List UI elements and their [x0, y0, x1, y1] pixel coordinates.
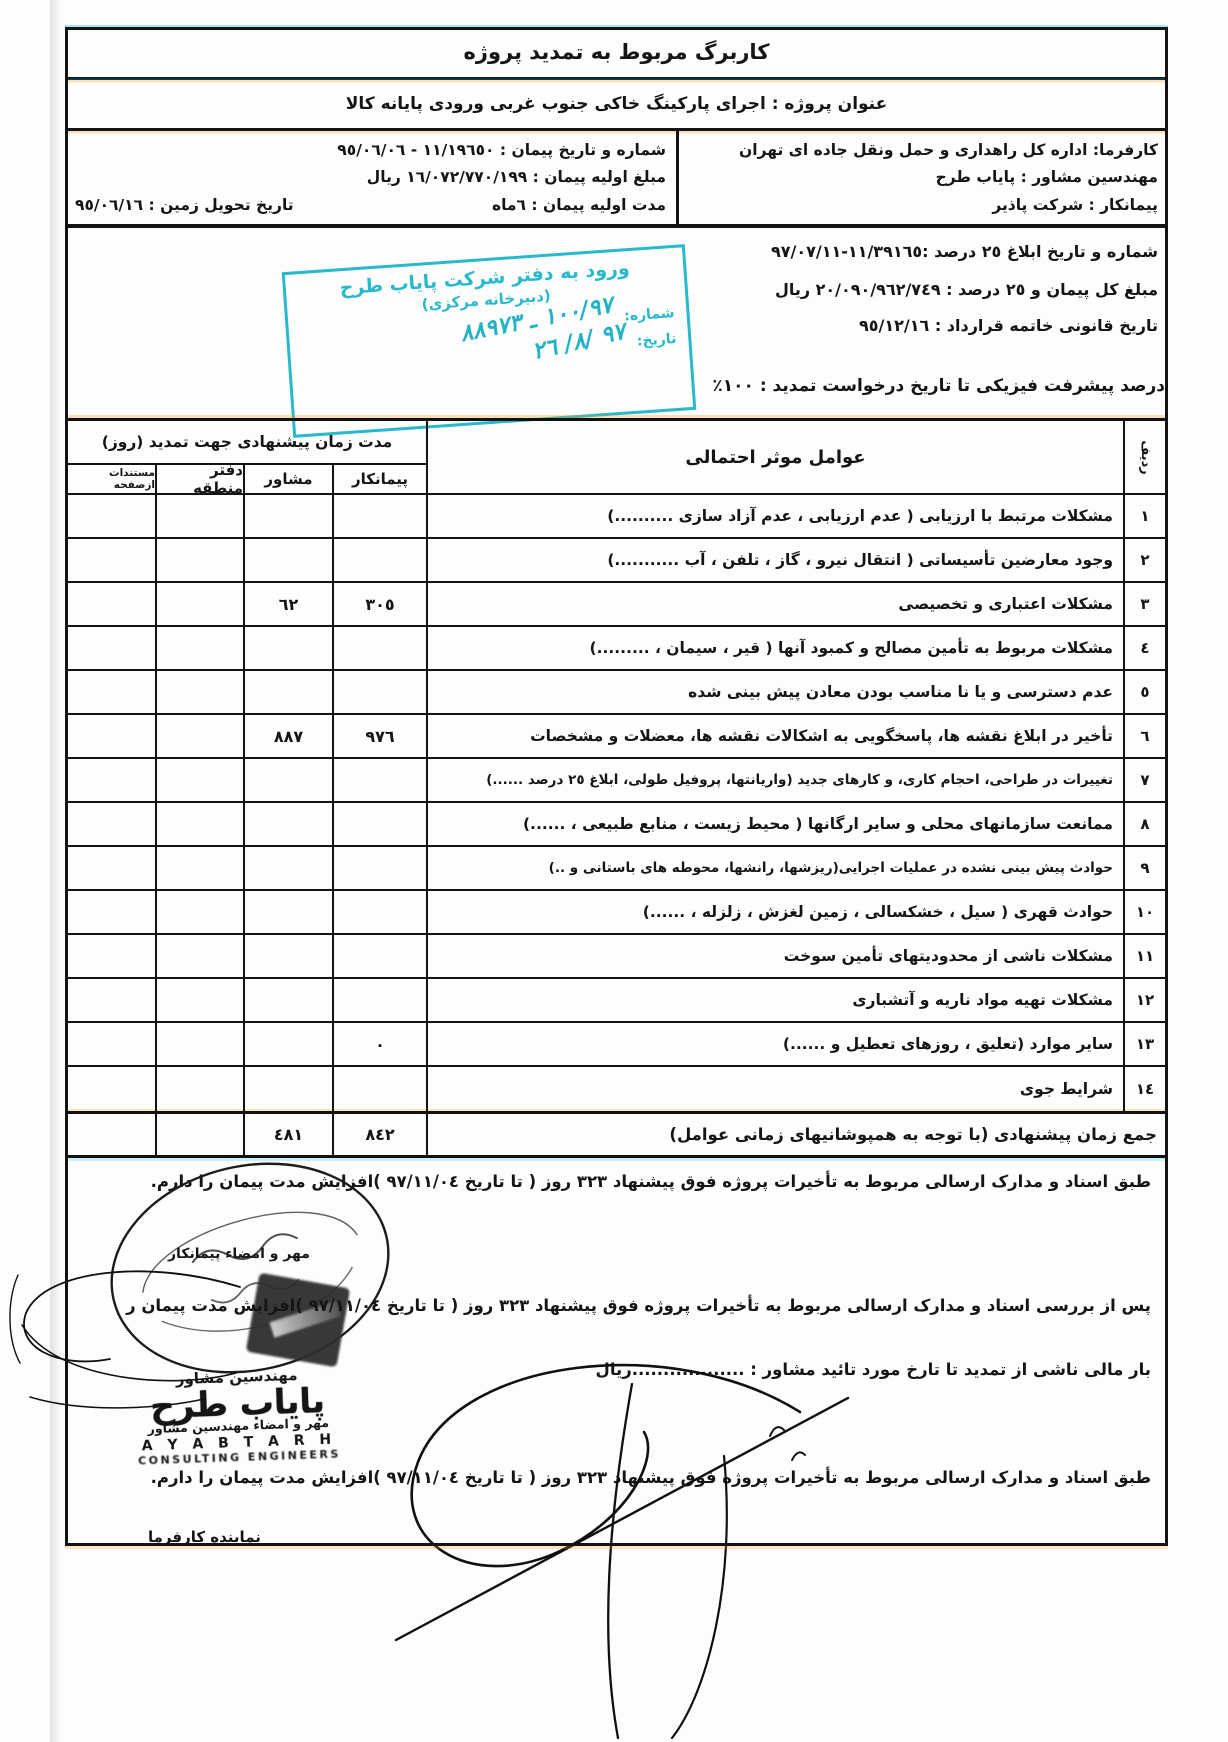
- contractor-days-cell: [332, 935, 426, 977]
- consultant-days-cell: [243, 539, 332, 581]
- consultant-days-cell: ٦٢: [243, 583, 332, 625]
- contractor-days-cell: [332, 1067, 426, 1111]
- total-row: جمع زمان پیشنهادی (با توجه به همپوشانیها…: [68, 1111, 1165, 1155]
- district-days-cell: [155, 935, 243, 977]
- consultant-days-cell: [243, 627, 332, 669]
- contract-amount-line: مبلغ اولیه پیمان : ١٦/٠٧٢/٧٧٠/١٩٩ ریال: [75, 168, 666, 186]
- district-days-cell: [155, 671, 243, 713]
- scan-left-shadow: [50, 0, 62, 1742]
- total-contractor-days: ٨٤٢: [332, 1114, 426, 1155]
- contract-duration-line: مدت اولیه پیمان : ٦ماه تاریخ تحویل زمین …: [75, 196, 666, 214]
- factor-cell: وجود معارضین تأسیساتی ( انتقال نیرو ، گا…: [426, 539, 1123, 581]
- row-number-cell: ١٠: [1123, 891, 1165, 933]
- factors-table-body: ١مشکلات مرتبط با ارزیابی ( عدم ارزیابی ،…: [68, 495, 1165, 1111]
- total-label: جمع زمان پیشنهادی (با توجه به همپوشانیها…: [426, 1114, 1165, 1155]
- row-number-cell: ٤: [1123, 627, 1165, 669]
- district-days-cell: [155, 1067, 243, 1111]
- row-number-cell: ١٢: [1123, 979, 1165, 1021]
- consultant-days-cell: [243, 495, 332, 537]
- consultant-days-cell: [243, 803, 332, 845]
- progress-line: درصد پیشرفت فیزیکی تا تاریخ درخواست تمدی…: [712, 376, 1165, 396]
- district-days-cell: [155, 715, 243, 757]
- docs-cell: [68, 935, 155, 977]
- district-days-cell: [155, 495, 243, 537]
- docs-cell: [68, 759, 155, 801]
- factor-cell: مشکلات مرتبط با ارزیابی ( عدم ارزیابی ، …: [426, 495, 1123, 537]
- total-district-days: [155, 1114, 243, 1155]
- table-row: ١٢مشکلات تهیه مواد ناریه و آتشباری: [68, 979, 1165, 1023]
- consultant-days-cell: [243, 891, 332, 933]
- contractor-days-cell: [332, 495, 426, 537]
- employer-line: کارفرما: اداره کل راهداری و حمل ونقل جاد…: [689, 141, 1158, 159]
- docs-cell: [68, 495, 155, 537]
- table-row: ٤مشکلات مربوط به تأمین مصالح و کمبود آنه…: [68, 627, 1165, 671]
- factor-cell: ممانعت سازمانهای محلی و سایر ارگانها ( م…: [426, 803, 1123, 845]
- factors-table-header: ردیف عوامل موثر احتمالی مدت زمان پیشنهاد…: [68, 421, 1165, 495]
- table-row: ٨ممانعت سازمانهای محلی و سایر ارگانها ( …: [68, 803, 1165, 847]
- consultant-days-cell: [243, 979, 332, 1021]
- table-row: ٥عدم دسترسی و یا نا مناسب بودن معادن پیش…: [68, 671, 1165, 715]
- employer-rep-caption: نماینده کارفرما: [148, 1528, 261, 1546]
- district-days-cell: [155, 803, 243, 845]
- consultant-days-cell: [243, 1067, 332, 1111]
- land-delivery-date: تاریخ تحویل زمین : ٩٥/٠٦/١٦: [75, 196, 294, 214]
- docs-cell: [68, 715, 155, 757]
- contractor-line: پیمانکار : شرکت پاذیر: [689, 196, 1158, 214]
- consultant-line: مهندسین مشاور : پایاب طرح: [689, 168, 1158, 186]
- contract-number-line: شماره و تاریخ پیمان : ١١/١٩٦٥٠ - ٩٥/٠٦/٠…: [75, 141, 666, 159]
- district-days-cell: [155, 759, 243, 801]
- col-documents: مستندات ازصفحه: [68, 465, 155, 493]
- factor-cell: مشکلات مربوط به تأمین مصالح و کمبود آنها…: [426, 627, 1123, 669]
- total-docs: [68, 1114, 155, 1155]
- docs-cell: [68, 891, 155, 933]
- contractor-days-cell: [332, 759, 426, 801]
- consultant-days-cell: [243, 847, 332, 889]
- col-consultant: مشاور: [243, 465, 332, 493]
- factor-cell: مشکلات اعتباری و تخصیصی: [426, 583, 1123, 625]
- contractor-days-cell: [332, 671, 426, 713]
- row-number-cell: ٥: [1123, 671, 1165, 713]
- factors-table: ردیف عوامل موثر احتمالی مدت زمان پیشنهاد…: [65, 418, 1168, 1158]
- form-title: کاربرگ مربوط به تمدید پروژه: [65, 27, 1168, 80]
- consultant-statement: پس از بررسی اسناد و مدارک ارسالی مربوط ب…: [126, 1296, 1151, 1315]
- row-number-cell: ٨: [1123, 803, 1165, 845]
- employer-signature: [300, 1340, 920, 1742]
- contractor-days-cell: [332, 539, 426, 581]
- factor-cell: تأخیر در ابلاغ نقشه ها، پاسخگویی به اشکا…: [426, 715, 1123, 757]
- docs-cell: [68, 539, 155, 581]
- total-amount-line: مبلغ کل پیمان و ٢٥ درصد : ٢٠/٠٩٠/٩٦٢/٧٤٩…: [775, 280, 1158, 299]
- table-row: ١١مشکلات ناشی از محدودیتهای تأمین سوخت: [68, 935, 1165, 979]
- factor-cell: مشکلات تهیه مواد ناریه و آتشباری: [426, 979, 1123, 1021]
- table-row: ٩حوادث پیش بینی نشده در عملیات اجرایی(ری…: [68, 847, 1165, 891]
- row-number-cell: ١٣: [1123, 1023, 1165, 1065]
- contractor-days-cell: [332, 891, 426, 933]
- row-number-cell: ٦: [1123, 715, 1165, 757]
- consultant-days-cell: ٨٨٧: [243, 715, 332, 757]
- factor-cell: حوادث پیش بینی نشده در عملیات اجرایی(ریز…: [426, 847, 1123, 889]
- district-days-cell: [155, 891, 243, 933]
- row-number-cell: ١: [1123, 495, 1165, 537]
- table-row: ٢وجود معارضین تأسیساتی ( انتقال نیرو ، گ…: [68, 539, 1165, 583]
- factor-cell: سایر موارد (تعلیق ، روزهای تعطیل و .....…: [426, 1023, 1123, 1065]
- col-proposed-duration: مدت زمان پیشنهادی جهت تمدید (روز): [68, 421, 426, 465]
- col-row-number: ردیف: [1123, 421, 1165, 493]
- factor-cell: شرایط جوی: [426, 1067, 1123, 1111]
- table-row: ٦تأخیر در ابلاغ نقشه ها، پاسخگویی به اشک…: [68, 715, 1165, 759]
- parties-cell: کارفرما: اداره کل راهداری و حمل ونقل جاد…: [676, 131, 1168, 224]
- docs-cell: [68, 1067, 155, 1111]
- legal-end-line: تاریخ قانونی خاتمه قرارداد : ٩٥/١٢/١٦: [859, 316, 1158, 335]
- col-contractor: پیمانکار: [332, 465, 426, 493]
- factor-cell: مشکلات ناشی از محدودیتهای تأمین سوخت: [426, 935, 1123, 977]
- district-days-cell: [155, 1023, 243, 1065]
- notice25-line: شماره و تاریخ ابلاغ ٢٥ درصد :١١/٣٩١٦٥-٩٧…: [771, 242, 1158, 261]
- docs-cell: [68, 627, 155, 669]
- docs-cell: [68, 979, 155, 1021]
- col-district-office: دفتر منطقه: [155, 465, 243, 493]
- row-number-cell: ٧: [1123, 759, 1165, 801]
- consultant-days-cell: [243, 759, 332, 801]
- contractor-days-cell: [332, 847, 426, 889]
- district-days-cell: [155, 847, 243, 889]
- district-days-cell: [155, 539, 243, 581]
- contract-cell: شماره و تاریخ پیمان : ١١/١٩٦٥٠ - ٩٥/٠٦/٠…: [65, 131, 676, 224]
- table-row: ١٤شرایط جوی: [68, 1067, 1165, 1111]
- contractor-days-cell: [332, 627, 426, 669]
- contractor-days-cell: [332, 803, 426, 845]
- factor-cell: حوادث قهری ( سیل ، خشکسالی ، زمین لغزش ،…: [426, 891, 1123, 933]
- contractor-days-cell: ٠: [332, 1023, 426, 1065]
- entry-stamp-date-label: تاریخ:: [636, 331, 677, 350]
- total-consultant-days: ٤٨١: [243, 1114, 332, 1155]
- district-days-cell: [155, 583, 243, 625]
- parties-contract-section: کارفرما: اداره کل راهداری و حمل ونقل جاد…: [65, 131, 1168, 228]
- district-days-cell: [155, 627, 243, 669]
- initial-duration: مدت اولیه پیمان : ٦ماه: [492, 196, 666, 214]
- row-number-cell: ٩: [1123, 847, 1165, 889]
- consultant-days-cell: [243, 1023, 332, 1065]
- project-title: عنوان پروژه : اجرای پارکینگ خاکی جنوب غر…: [65, 80, 1168, 131]
- table-row: ١٣سایر موارد (تعلیق ، روزهای تعطیل و ...…: [68, 1023, 1165, 1067]
- scanned-extension-form: کاربرگ مربوط به تمدید پروژه عنوان پروژه …: [0, 0, 1228, 1742]
- row-number-cell: ٢: [1123, 539, 1165, 581]
- factor-cell: عدم دسترسی و یا نا مناسب بودن معادن پیش …: [426, 671, 1123, 713]
- docs-cell: [68, 583, 155, 625]
- table-row: ٧تغییرات در طراحی، احجام کاری، و کارهای …: [68, 759, 1165, 803]
- contractor-days-cell: [332, 979, 426, 1021]
- factor-cell: تغییرات در طراحی، احجام کاری، و کارهای ج…: [426, 759, 1123, 801]
- contractor-days-cell: ٣٠٥: [332, 583, 426, 625]
- district-days-cell: [155, 979, 243, 1021]
- table-row: ٣مشکلات اعتباری و تخصیصی٣٠٥٦٢: [68, 583, 1165, 627]
- consultant-days-cell: [243, 671, 332, 713]
- docs-cell: [68, 671, 155, 713]
- row-number-cell: ١١: [1123, 935, 1165, 977]
- row-number-cell: ٣: [1123, 583, 1165, 625]
- col-factors: عوامل موثر احتمالی: [426, 421, 1123, 493]
- entry-stamp: ورود به دفتر شرکت پایاب طرح (دبیرخانه مر…: [282, 244, 697, 438]
- entry-stamp-number-label: شماره:: [624, 305, 675, 324]
- consultant-days-cell: [243, 935, 332, 977]
- contractor-days-cell: ٩٧٦: [332, 715, 426, 757]
- docs-cell: [68, 1023, 155, 1065]
- docs-cell: [68, 803, 155, 845]
- row-number-cell: ١٤: [1123, 1067, 1165, 1111]
- table-row: ١٠حوادث قهری ( سیل ، خشکسالی ، زمین لغزش…: [68, 891, 1165, 935]
- table-row: ١مشکلات مرتبط با ارزیابی ( عدم ارزیابی ،…: [68, 495, 1165, 539]
- docs-cell: [68, 847, 155, 889]
- margin-signature: [0, 1255, 255, 1420]
